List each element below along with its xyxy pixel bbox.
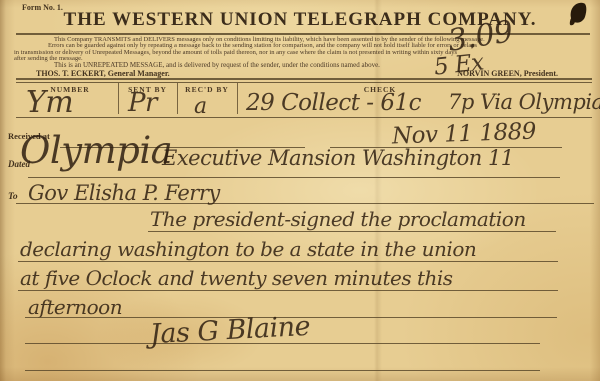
dated-line — [28, 177, 560, 178]
column-divider-2 — [177, 83, 178, 114]
column-header-recd-by: REC'D BY — [177, 85, 237, 94]
unrepeated-notice: This is an UNREPEATED MESSAGE, and is de… — [14, 62, 588, 68]
hw-dated-rest: Executive Mansion Washington 11 — [162, 148, 514, 169]
hw-check: 29 Collect - 61c — [246, 92, 421, 115]
hw-message-line-4: afternoon — [28, 297, 122, 317]
message-line-rule-1 — [148, 231, 556, 232]
bottom-line — [25, 370, 540, 371]
hw-number: Ym — [26, 88, 73, 118]
hw-recd-by: a — [194, 96, 207, 118]
handwritten-ex-note: 5 Ex — [433, 51, 485, 79]
message-line-rule-2 — [18, 261, 558, 262]
column-divider-3 — [237, 83, 238, 114]
hw-message-line-2: declaring washington to be a state in th… — [20, 239, 476, 259]
hw-recipient: Gov Elisha P. Ferry — [28, 183, 220, 204]
hw-sent-by: Pr — [128, 90, 157, 116]
column-divider-1 — [118, 83, 119, 114]
message-line-rule-3 — [18, 290, 558, 291]
hw-signature: Jas G Blaine — [149, 313, 310, 348]
hw-via: 7p Via Olympia — [448, 92, 600, 113]
general-manager: THOS. T. ECKERT, General Manager. — [36, 69, 170, 78]
hw-dated-place: Olympia — [20, 132, 172, 169]
routing-row-rule — [16, 117, 592, 118]
header-rule-thick — [16, 78, 592, 80]
hw-message-line-3: at five Oclock and twenty seven minutes … — [20, 268, 453, 288]
to-label: To — [8, 192, 18, 202]
hw-message-line-1: The president-signed the proclamation — [150, 209, 526, 229]
hw-date: Nov 11 1889 — [392, 120, 537, 148]
telegram-document: Form No. 1. THE WESTERN UNION TELEGRAPH … — [0, 0, 600, 381]
header-rule-thin — [16, 82, 592, 83]
